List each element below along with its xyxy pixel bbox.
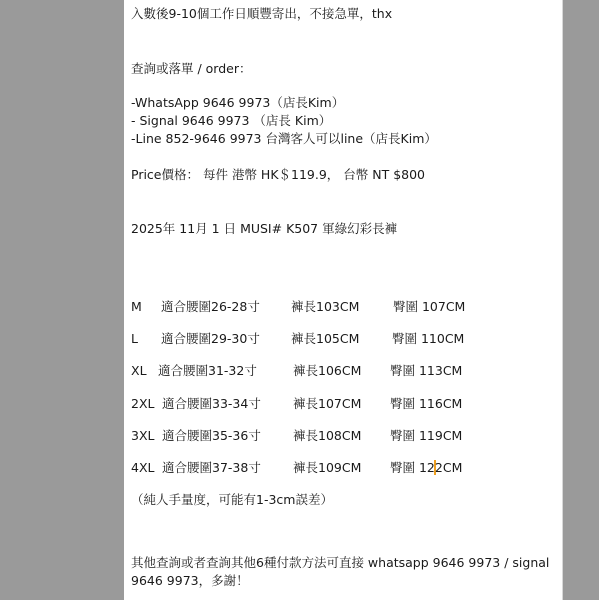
waist-range: 適合腰圍33-34寸 bbox=[162, 396, 261, 412]
contact-line: -Line 852-9646 9973 台灣客人可以line（店長Kim） bbox=[131, 131, 437, 147]
size-label: XL bbox=[131, 363, 147, 379]
size-row-2xl: 2XL 適合腰圍33-34寸 褲長107CM 臀圍 116CM bbox=[131, 396, 551, 412]
size-label: 2XL bbox=[131, 396, 154, 412]
pants-length: 褲長107CM bbox=[293, 396, 361, 412]
pants-length: 褲長103CM bbox=[291, 299, 359, 315]
size-row-3xl: 3XL 適合腰圍35-36寸 褲長108CM 臀圍 119CM bbox=[131, 428, 551, 444]
waist-range: 適合腰圍29-30寸 bbox=[161, 331, 260, 347]
waist-range: 適合腰圍35-36寸 bbox=[162, 428, 261, 444]
footer-note: 其他查詢或者查詢其他6種付款方法可直接 whatsapp 9646 9973 /… bbox=[131, 554, 559, 590]
hip-size-prefix: 臀圍 12 bbox=[390, 460, 435, 475]
size-label: L bbox=[131, 331, 138, 347]
shipping-note: 入數後9-10個工作日順豐寄出，不接急單，thx bbox=[131, 6, 392, 22]
pants-length: 褲長105CM bbox=[291, 331, 359, 347]
size-row-l: L 適合腰圍29-30寸 褲長105CM 臀圍 110CM bbox=[131, 331, 551, 347]
hip-size: 臀圍 122CM bbox=[390, 460, 462, 476]
hip-size: 臀圍 113CM bbox=[390, 363, 462, 379]
size-label: 3XL bbox=[131, 428, 154, 444]
contact-signal: - Signal 9646 9973 （店長 Kim） bbox=[131, 113, 331, 129]
pants-length: 褲長106CM bbox=[293, 363, 361, 379]
contact-heading: 查詢或落單 / order： bbox=[131, 61, 252, 77]
hip-size: 臀圍 119CM bbox=[390, 428, 462, 444]
waist-range: 適合腰圍37-38寸 bbox=[162, 460, 261, 476]
size-row-m: M 適合腰圍26-28寸 褲長103CM 臀圍 107CM bbox=[131, 299, 551, 315]
size-row-4xl: 4XL 適合腰圍37-38寸 褲長109CM 臀圍 122CM bbox=[131, 460, 551, 476]
document-page[interactable]: 入數後9-10個工作日順豐寄出，不接急單，thx 查詢或落單 / order： … bbox=[124, 0, 563, 600]
size-row-xl: XL 適合腰圍31-32寸 褲長106CM 臀圍 113CM bbox=[131, 363, 551, 379]
hip-size-suffix: 2CM bbox=[435, 460, 462, 475]
product-line: 2025年 11月 1 日 MUSI# K507 軍綠幻彩長褲 bbox=[131, 221, 397, 237]
price-line: Price價格： 每件 港幣 HK＄119.9， 台幣 NT $800 bbox=[131, 167, 425, 183]
waist-range: 適合腰圍26-28寸 bbox=[161, 299, 260, 315]
contact-whatsapp: -WhatsApp 9646 9973（店長Kim） bbox=[131, 95, 344, 111]
hip-size: 臀圍 116CM bbox=[390, 396, 462, 412]
pants-length: 褲長109CM bbox=[293, 460, 361, 476]
hip-size: 臀圍 107CM bbox=[393, 299, 465, 315]
measure-note: （純人手量度，可能有1-3cm誤差） bbox=[131, 492, 333, 508]
size-label: M bbox=[131, 299, 142, 315]
pants-length: 褲長108CM bbox=[293, 428, 361, 444]
size-label: 4XL bbox=[131, 460, 154, 476]
waist-range: 適合腰圍31-32寸 bbox=[158, 363, 257, 379]
hip-size: 臀圍 110CM bbox=[392, 331, 464, 347]
